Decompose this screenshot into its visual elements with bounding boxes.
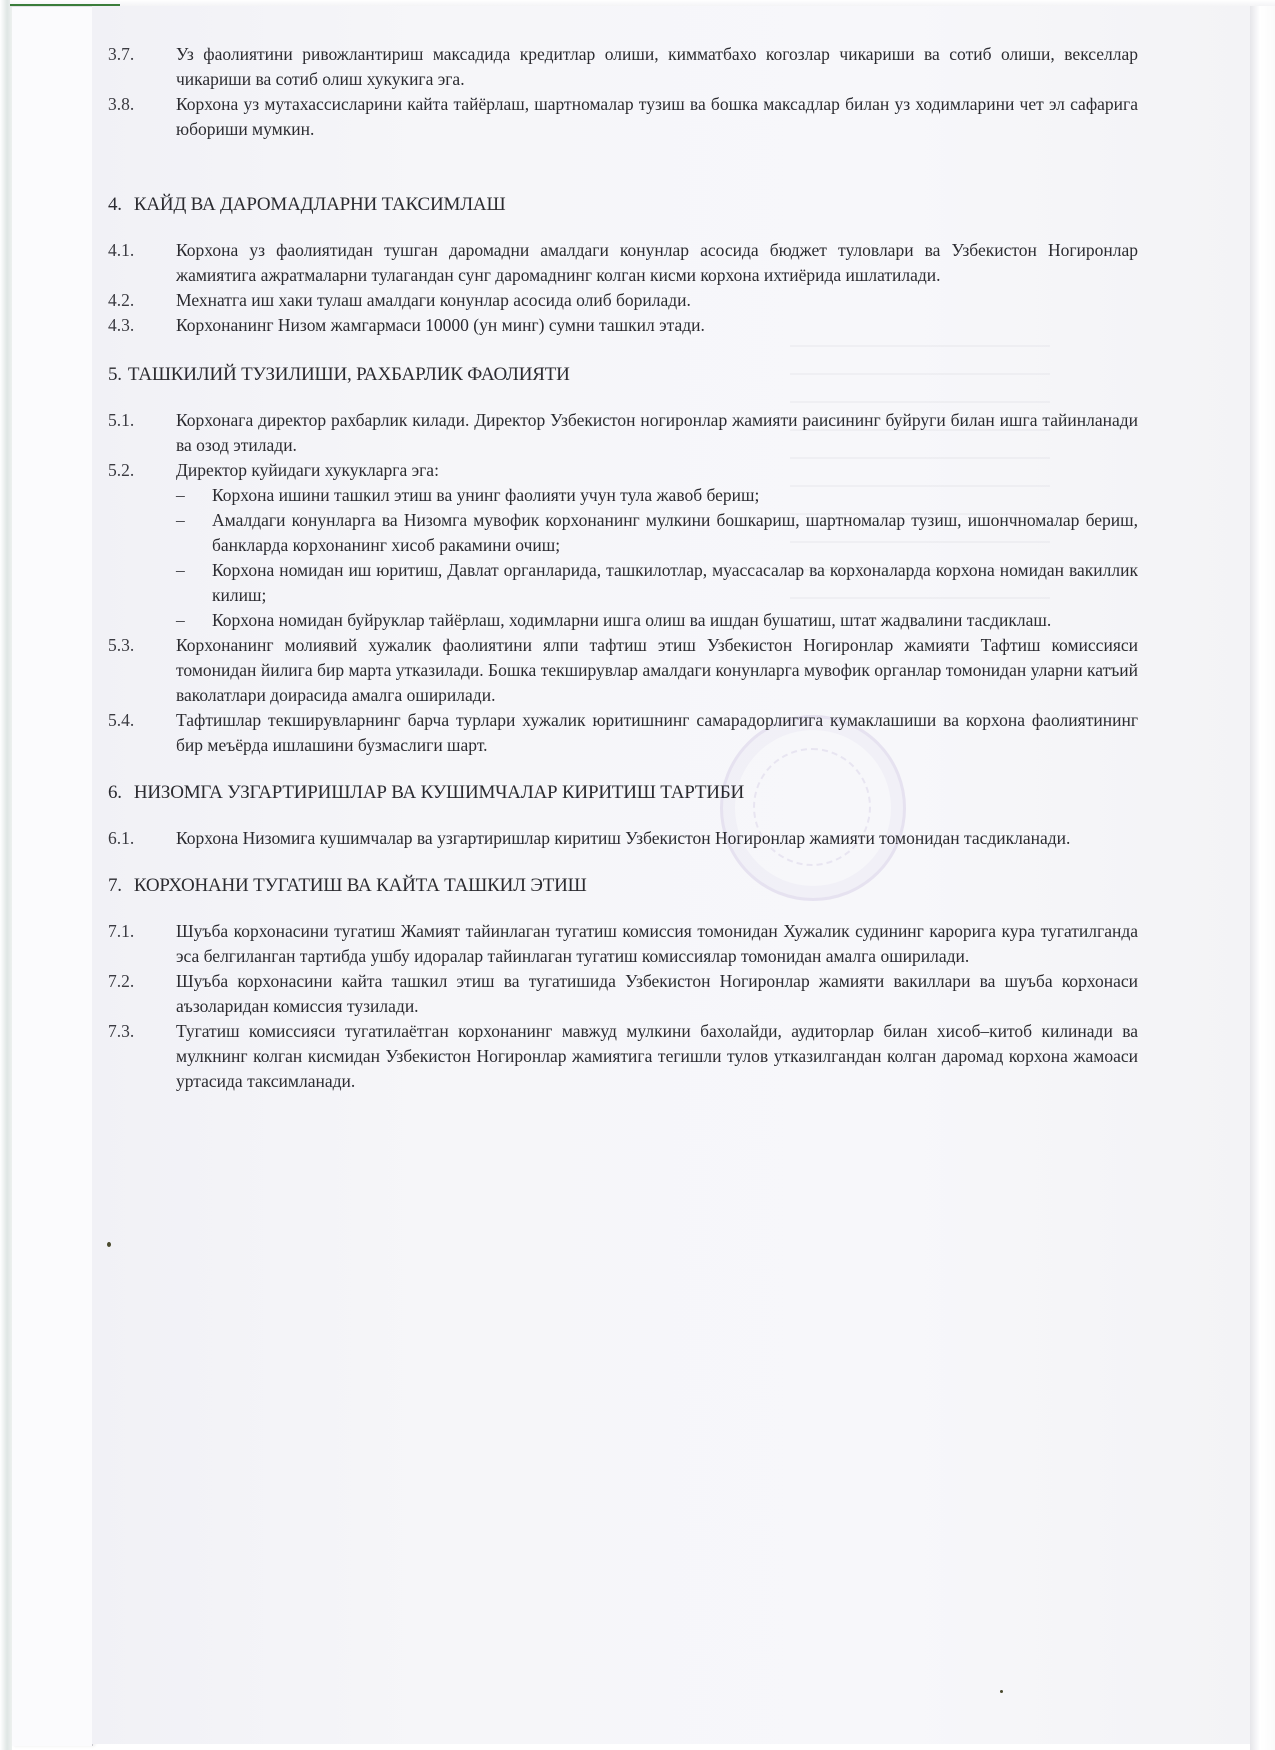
clause-3-7: 3.7. Уз фаолиятини ривожлантириш максади… — [108, 42, 1138, 92]
clause-7-1: 7.1. Шуъба корхонасини тугатиш Жамият та… — [108, 919, 1138, 969]
clause-number: 4.3. — [108, 313, 176, 338]
clause-number: 5.4. — [108, 708, 176, 758]
scanner-edge-left — [0, 0, 12, 1750]
clause-text: Корхона уз фаолиятидан тушган даромадни … — [176, 238, 1138, 288]
section-4: 4. КАЙД ВА ДАРОМАДЛАРНИ ТАКСИМЛАШ 4.1. К… — [108, 192, 1138, 338]
clause-number: 7.2. — [108, 969, 176, 1019]
clause-text: Тафтишлар текширувларнинг барча турлари … — [176, 708, 1138, 758]
clause-text: Корхона Низомига кушимчалар ва узгартири… — [176, 826, 1138, 851]
section-7: 7. КОРХОНАНИ ТУГАТИШ ВА КАЙТА ТАШКИЛ ЭТИ… — [108, 873, 1138, 1094]
director-right-item: – Амалдаги конунларга ва Низомга мувофик… — [176, 508, 1138, 558]
section-number: 5. — [108, 362, 122, 388]
bullet-text: Корхона номидан буйруклар тайёрлаш, ходи… — [212, 608, 1138, 633]
scanner-edge-right — [1250, 6, 1275, 1750]
clause-text: Корхонага директор рахбарлик килади. Дир… — [176, 408, 1138, 458]
director-right-item: – Корхона номидан буйруклар тайёрлаш, хо… — [176, 608, 1138, 633]
clause-number: 3.7. — [108, 42, 176, 92]
clause-number: 7.3. — [108, 1019, 176, 1094]
clause-6-1: 6.1. Корхона Низомига кушимчалар ва узга… — [108, 826, 1138, 851]
clause-text: Директор куйидаги хукукларга эга: — [176, 458, 1138, 483]
bullet-text: Амалдаги конунларга ва Низомга мувофик к… — [212, 508, 1138, 558]
clause-text: Шуъба корхонасини тугатиш Жамият тайинла… — [176, 919, 1138, 969]
clause-3-8: 3.8. Корхона уз мутахассисларини кайта т… — [108, 92, 1138, 142]
clause-text: Корхонанинг молиявий хужалик фаолиятини … — [176, 633, 1138, 708]
section-number: 7. — [108, 873, 122, 899]
section-6: 6. НИЗОМГА УЗГАРТИРИШЛАР ВА КУШИМЧАЛАР К… — [108, 780, 1138, 851]
section-title: ТАШКИЛИЙ ТУЗИЛИШИ, РАХБАРЛИК ФАОЛИЯТИ — [128, 362, 1138, 388]
scan-speck — [107, 1242, 111, 1247]
clause-text: Корхона уз мутахассисларини кайта тайёрл… — [176, 92, 1138, 142]
bullet-text: Корхона номидан иш юритиш, Давлат органл… — [212, 558, 1138, 608]
clause-4-3: 4.3. Корхонанинг Низом жамгармаси 10000 … — [108, 313, 1138, 338]
bullet-dash: – — [176, 483, 212, 508]
clause-number: 4.1. — [108, 238, 176, 288]
director-right-item: – Корхона ишини ташкил этиш ва унинг фао… — [176, 483, 1138, 508]
clause-text: Корхонанинг Низом жамгармаси 10000 (ун м… — [176, 313, 1138, 338]
clause-5-3: 5.3. Корхонанинг молиявий хужалик фаолия… — [108, 633, 1138, 708]
section-5: 5. ТАШКИЛИЙ ТУЗИЛИШИ, РАХБАРЛИК ФАОЛИЯТИ… — [108, 362, 1138, 758]
clause-7-3: 7.3. Тугатиш комиссияси тугатилаётган ко… — [108, 1019, 1138, 1094]
section-title: НИЗОМГА УЗГАРТИРИШЛАР ВА КУШИМЧАЛАР КИРИ… — [134, 780, 1138, 806]
clause-text: Тугатиш комиссияси тугатилаётган корхона… — [176, 1019, 1138, 1094]
clause-number: 5.1. — [108, 408, 176, 458]
bullet-dash: – — [176, 608, 212, 633]
section-title: КАЙД ВА ДАРОМАДЛАРНИ ТАКСИМЛАШ — [134, 192, 1138, 218]
clause-number: 5.2. — [108, 458, 176, 483]
clause-4-1: 4.1. Корхона уз фаолиятидан тушган даром… — [108, 238, 1138, 288]
bullet-text: Корхона ишини ташкил этиш ва унинг фаоли… — [212, 483, 1138, 508]
scan-speck — [1000, 1690, 1003, 1693]
clause-number: 4.2. — [108, 288, 176, 313]
section-title: КОРХОНАНИ ТУГАТИШ ВА КАЙТА ТАШКИЛ ЭТИШ — [134, 873, 1138, 899]
section-heading: 7. КОРХОНАНИ ТУГАТИШ ВА КАЙТА ТАШКИЛ ЭТИ… — [108, 873, 1138, 899]
clause-text: Шуъба корхонасини кайта ташкил этиш ва т… — [176, 969, 1138, 1019]
bullet-dash: – — [176, 558, 212, 608]
clause-number: 7.1. — [108, 919, 176, 969]
clause-number: 6.1. — [108, 826, 176, 851]
clause-5-2: 5.2. Директор куйидаги хукукларга эга: — [108, 458, 1138, 483]
clause-4-2: 4.2. Мехнатга иш хаки тулаш амалдаги кон… — [108, 288, 1138, 313]
section-heading: 5. ТАШКИЛИЙ ТУЗИЛИШИ, РАХБАРЛИК ФАОЛИЯТИ — [108, 362, 1138, 388]
document-body: 3.7. Уз фаолиятини ривожлантириш максади… — [108, 42, 1138, 1094]
bullet-dash: – — [176, 508, 212, 558]
director-right-item: – Корхона номидан иш юритиш, Давлат орга… — [176, 558, 1138, 608]
clause-5-1: 5.1. Корхонага директор рахбарлик килади… — [108, 408, 1138, 458]
section-number: 6. — [108, 780, 122, 806]
clause-text: Мехнатга иш хаки тулаш амалдаги конунлар… — [176, 288, 1138, 313]
back-sheet-margin — [12, 6, 93, 1746]
clause-number: 5.3. — [108, 633, 176, 708]
clause-5-4: 5.4. Тафтишлар текширувларнинг барча тур… — [108, 708, 1138, 758]
clause-text: Уз фаолиятини ривожлантириш максадида кр… — [176, 42, 1138, 92]
section-number: 4. — [108, 192, 122, 218]
section-heading: 4. КАЙД ВА ДАРОМАДЛАРНИ ТАКСИМЛАШ — [108, 192, 1138, 218]
section-3-continued: 3.7. Уз фаолиятини ривожлантириш максади… — [108, 42, 1138, 142]
section-heading: 6. НИЗОМГА УЗГАРТИРИШЛАР ВА КУШИМЧАЛАР К… — [108, 780, 1138, 806]
clause-7-2: 7.2. Шуъба корхонасини кайта ташкил этиш… — [108, 969, 1138, 1019]
clause-number: 3.8. — [108, 92, 176, 142]
